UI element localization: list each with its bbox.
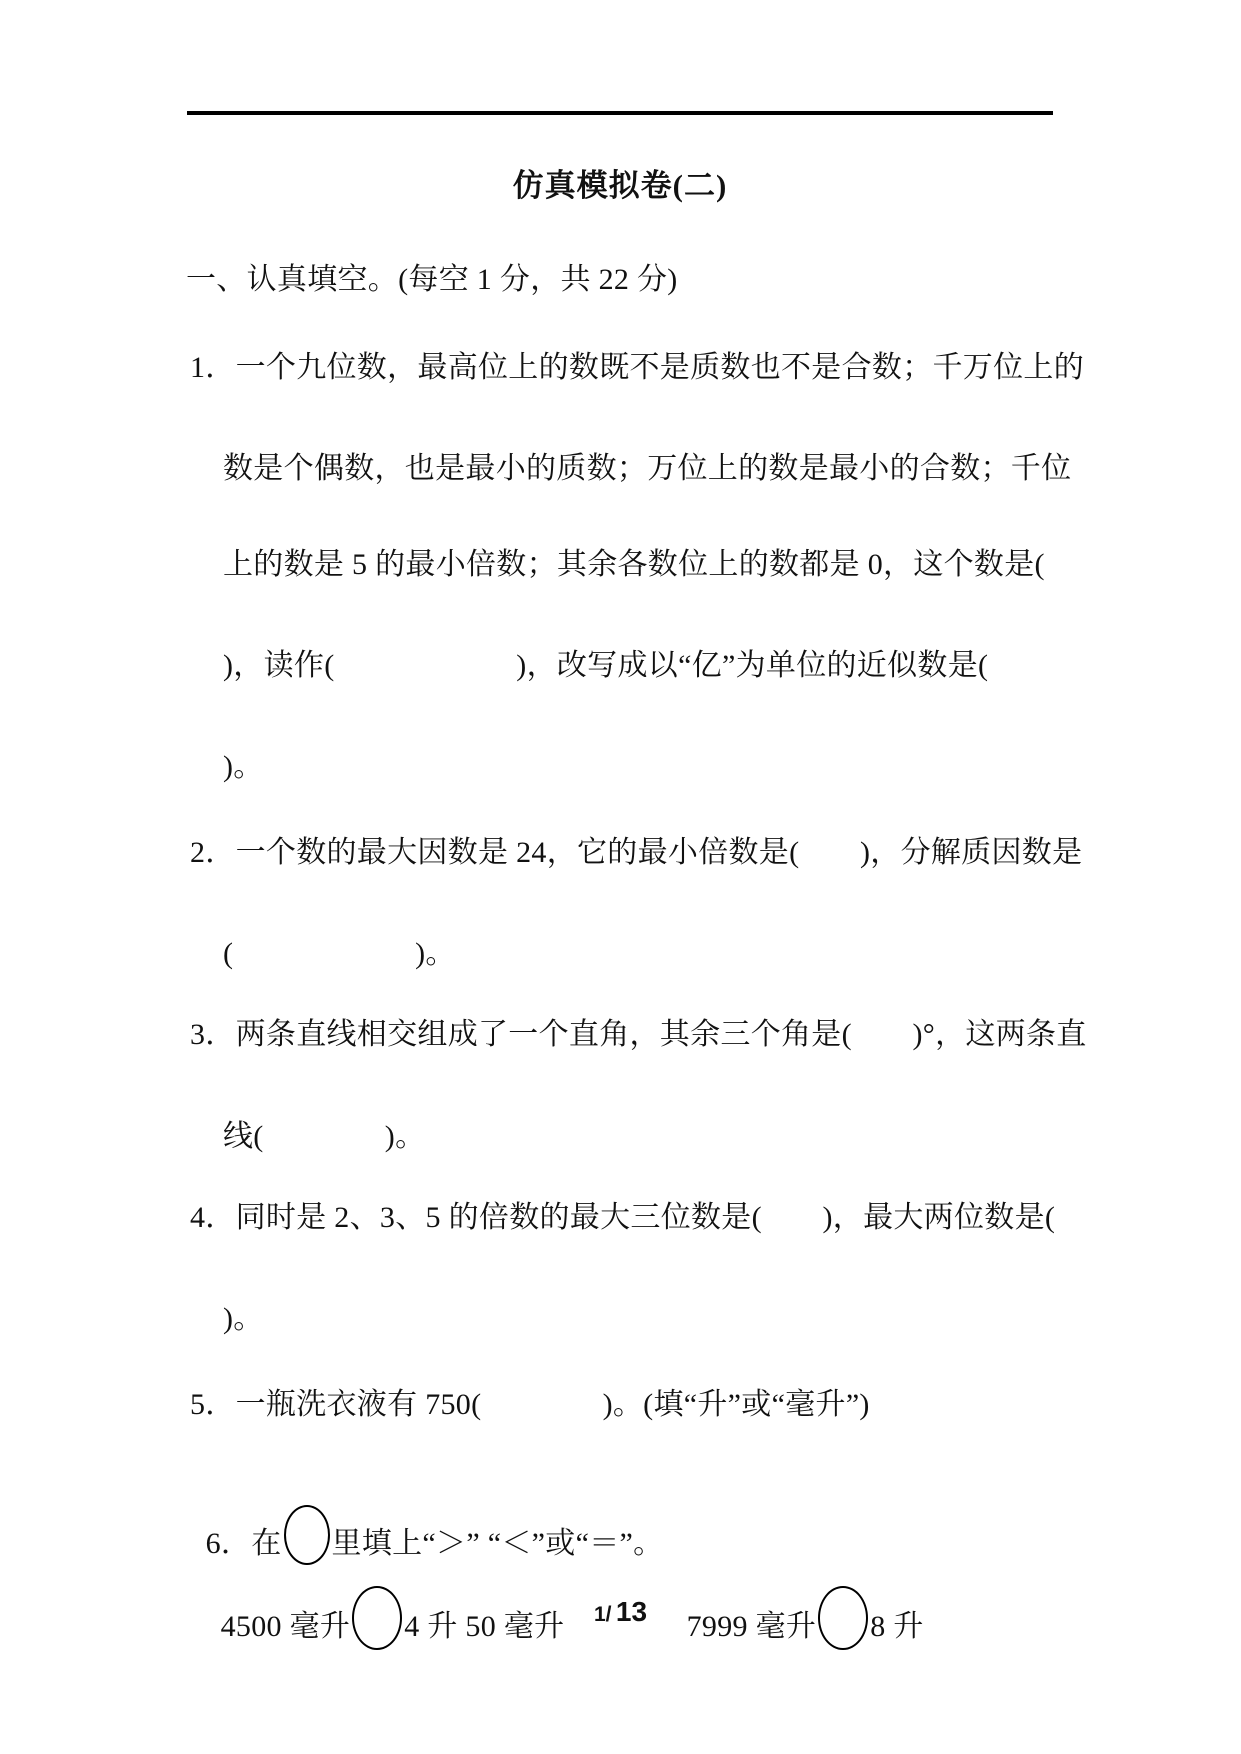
page-footer: 1/ 13 — [0, 1596, 1241, 1628]
question-2-line-2: ( )。 — [223, 934, 456, 974]
header-rule — [187, 111, 1053, 115]
page-total: 13 — [616, 1596, 647, 1627]
question-1-line-5: )。 — [223, 747, 264, 787]
question-3-line-2: 线( )。 — [223, 1117, 425, 1157]
question-4-line-2: )。 — [223, 1299, 264, 1339]
exam-paper-page: { "page": { "title": "仿真模拟卷(二)", "sectio… — [0, 0, 1241, 1754]
section-heading: 一、认真填空。(每空 1 分，共 22 分) — [186, 260, 678, 300]
question-5-line: 5．一瓶洗衣液有 750( )。(填“升”或“毫升”) — [190, 1385, 870, 1425]
page-number: 1/ — [594, 1603, 612, 1626]
question-2-line-1: 2．一个数的最大因数是 24，它的最小倍数是( )，分解质因数是 — [190, 833, 1082, 873]
question-3-line-1: 3．两条直线相交组成了一个直角，其余三个角是( )°，这两条直 — [190, 1015, 1087, 1055]
question-1-line-4: )，读作( )，改写成以“亿”为单位的近似数是( — [223, 646, 988, 686]
question-1-line-3: 上的数是 5 的最小倍数；其余各数位上的数都是 0，这个数是( — [223, 545, 1045, 585]
question-4-line-1: 4．同时是 2、3、5 的倍数的最大三位数是( )，最大两位数是( — [190, 1198, 1055, 1238]
question-1-line-1: 1．一个九位数，最高位上的数既不是质数也不是合数；千万位上的 — [190, 348, 1084, 388]
page-title: 仿真模拟卷(二) — [187, 160, 1053, 205]
question-1-line-2: 数是个偶数，也是最小的质数；万位上的数是最小的合数；千位 — [223, 449, 1071, 489]
